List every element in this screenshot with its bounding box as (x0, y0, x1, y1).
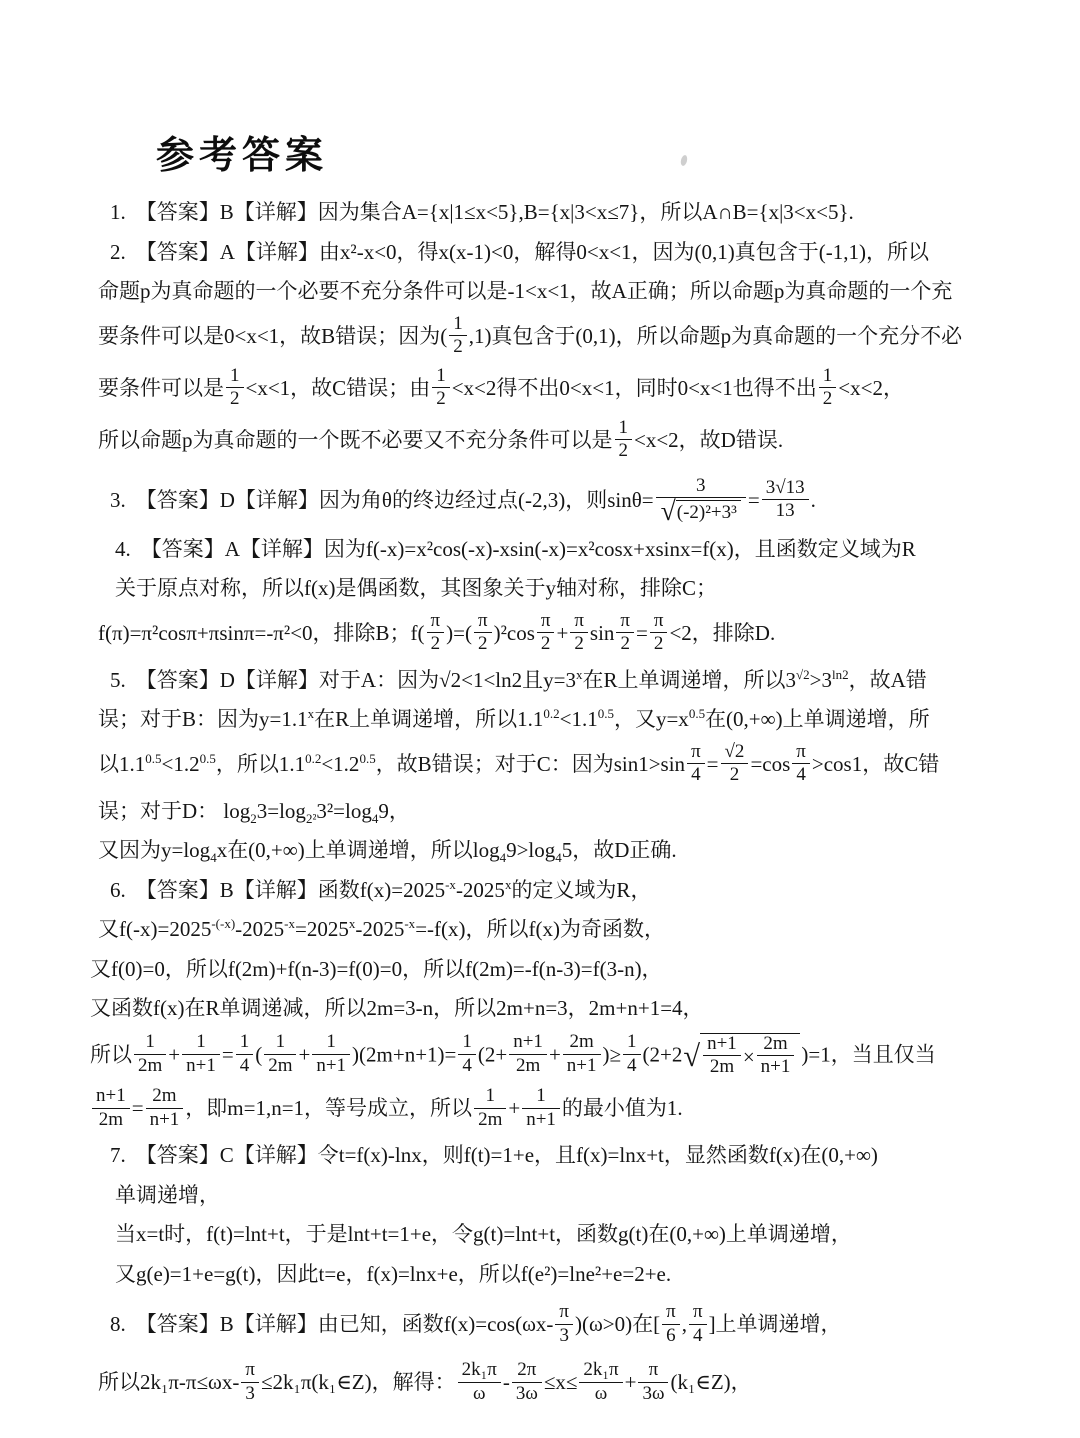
answer-line: 【答案】D【详解】对于A：因为√2<1<ln2且y=3x在R上单调递增，所以3√… (136, 668, 927, 692)
answer-line: 关于原点对称，所以f(x)是偶函数，其图象关于y轴对称，排除C； (115, 573, 1080, 605)
item-number: 4. (115, 534, 131, 566)
answer-item-1: 1.【答案】B【详解】因为集合A={x|1≤x<5},B={x|3<x≤7}，所… (110, 197, 1080, 229)
answer-sheet-page: 参考答案 1.【答案】B【详解】因为集合A={x|1≤x<5},B={x|3<x… (0, 0, 1080, 1438)
item-number: 6. (110, 875, 126, 907)
answer-line: 误；对于D： log23=log2²3²=log49， (98, 796, 1080, 828)
answer-line: 所以命题p为真命题的一个既不必要又不充分条件可以是12<x<2，故D错误. (98, 420, 1080, 464)
answer-line: 【答案】B【详解】函数f(x)=2025-x-2025x的定义域为R， (136, 878, 652, 902)
item-number: 3. (110, 485, 126, 517)
answer-item-2: 2.【答案】A【详解】由x²-x<0，得x(x-1)<0，解得0<x<1，因为(… (110, 237, 1080, 269)
answer-item-6: 6.【答案】B【详解】函数f(x)=2025-x-2025x的定义域为R， (110, 875, 1080, 907)
answer-line: 【答案】B【详解】由已知，函数f(x)=cos(ωx-π3)(ω>0)在[π6,… (136, 1312, 842, 1336)
answer-line: 又g(e)=1+e=g(t)，因此t=e，f(x)=lnx+e，所以f(e²)=… (115, 1259, 1080, 1291)
answer-line: 所以2k₁π-π≤ωx-π3≤2k₁π(k₁∈Z)，解得：2k₁πω-2π3ω≤… (98, 1362, 1080, 1406)
answer-line: 又函数f(x)在R单调递减，所以2m=3-n，所以2m+n=3，2m+n+1=4… (90, 993, 1080, 1025)
answer-line: 又因为y=log4x在(0,+∞)上单调递增，所以log49>log45，故D正… (98, 835, 1080, 867)
answer-item-5: 5.【答案】D【详解】对于A：因为√2<1<ln2且y=3x在R上单调递增，所以… (110, 665, 1080, 697)
answer-line: 【答案】C【详解】令t=f(x)-lnx，则f(t)=1+e，且f(x)=lnx… (136, 1143, 878, 1167)
answer-line: 当x=t时，f(t)=lnt+t，于是lnt+t=1+e，令g(t)=lnt+t… (115, 1219, 1080, 1251)
answer-line: 以1.10.5<1.20.5，所以1.10.2<1.20.5，故B错误；对于C：… (98, 744, 1080, 788)
answer-line: 要条件可以是12<x<1，故C错误；由12<x<2得不出0<x<1，同时0<x<… (98, 368, 1080, 412)
item-number: 2. (110, 237, 126, 269)
answer-line: 【答案】A【详解】由x²-x<0，得x(x-1)<0，解得0<x<1，因为(0,… (136, 240, 929, 264)
answer-line: 要条件可以是0<x<1，故B错误；因为(12,1)真包含于(0,1)，所以命题p… (98, 316, 1080, 360)
answer-line: 【答案】B【详解】因为集合A={x|1≤x<5},B={x|3<x≤7}，所以A… (136, 200, 854, 224)
answer-line: 单调递增， (115, 1180, 1080, 1212)
answer-line: 命题p为真命题的一个必要不充分条件可以是-1<x<1，故A正确；所以命题p为真命… (98, 276, 1080, 308)
answer-line: 又f(-x)=2025-(-x)-2025-x=2025x-2025-x=-f(… (98, 914, 1080, 946)
item-number: 8. (110, 1309, 126, 1341)
answer-line: f(π)=π²cosπ+πsinπ=-π²<0，排除B；f(π2)=(π2)²c… (98, 613, 1080, 657)
item-number: 5. (110, 665, 126, 697)
answer-line: n+12m=2mn+1，即m=1,n=1，等号成立，所以12m+1n+1的最小值… (90, 1088, 1080, 1132)
answer-line: 【答案】D【详解】因为角θ的终边经过点(-2,3)，则sinθ=3√(-2)²+… (136, 488, 816, 512)
item-number: 7. (110, 1140, 126, 1172)
answer-item-3: 3.【答案】D【详解】因为角θ的终边经过点(-2,3)，则sinθ=3√(-2)… (110, 478, 1080, 526)
answer-item-7: 7.【答案】C【详解】令t=f(x)-lnx，则f(t)=1+e，且f(x)=l… (110, 1140, 1080, 1172)
answer-item-8: 8.【答案】B【详解】由已知，函数f(x)=cos(ωx-π3)(ω>0)在[π… (110, 1304, 1080, 1348)
answer-item-4: 4.【答案】A【详解】因为f(-x)=x²cos(-x)-xsin(-x)=x²… (115, 534, 1080, 566)
answer-line: 所以12m+1n+1=14(12m+1n+1)(2m+n+1)=14(2+n+1… (90, 1033, 1080, 1080)
answer-line: 【答案】A【详解】因为f(-x)=x²cos(-x)-xsin(-x)=x²co… (141, 537, 916, 561)
item-number: 1. (110, 197, 126, 229)
answer-line: 又f(0)=0，所以f(2m)+f(n-3)=f(0)=0，所以f(2m)=-f… (90, 954, 1080, 986)
page-title: 参考答案 (156, 124, 1080, 179)
answer-line: 误；对于B：因为y=1.1x在R上单调递增，所以1.10.2<1.10.5，又y… (98, 704, 1080, 736)
